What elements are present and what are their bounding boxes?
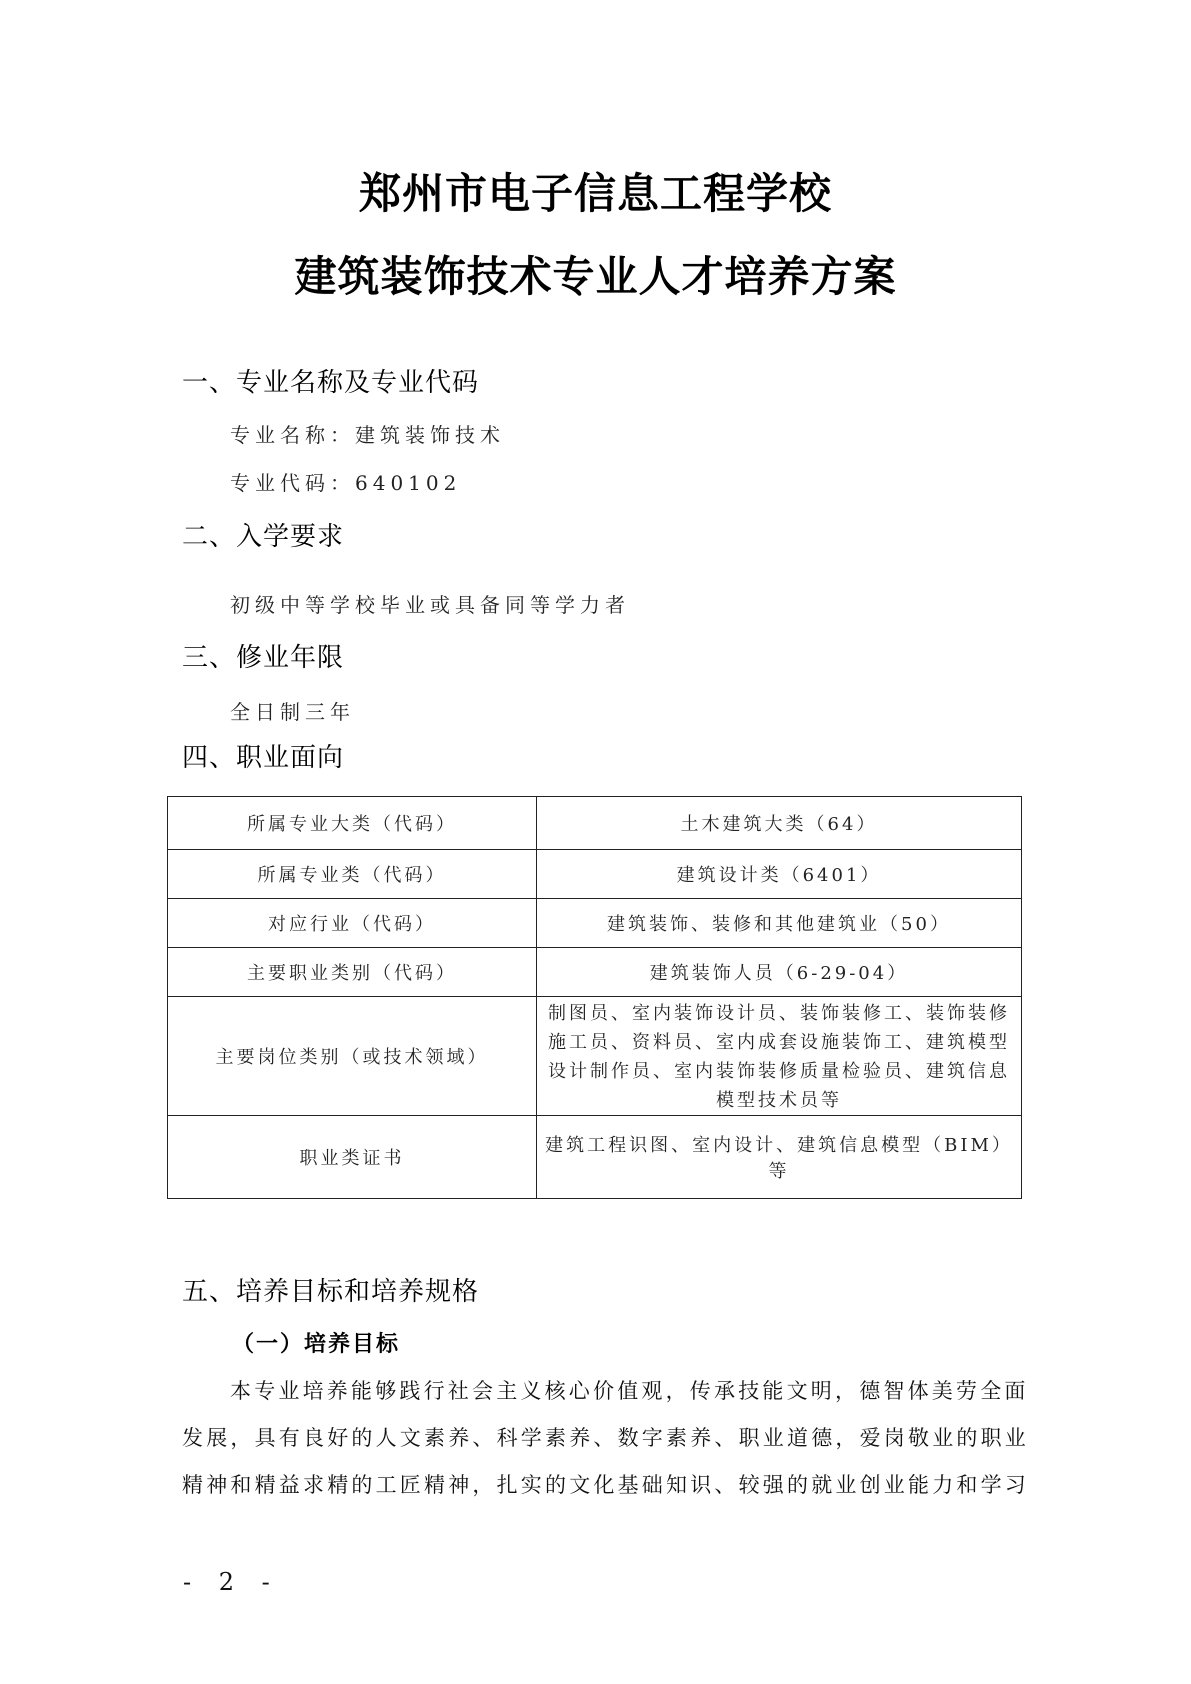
study-duration: 全日制三年	[230, 699, 355, 725]
row-value-line: 设计制作员、室内装饰装修质量检验员、建筑信息	[545, 1057, 1013, 1086]
table-row: 对应行业（代码） 建筑装饰、装修和其他建筑业（50）	[168, 899, 1022, 948]
paragraph-line: 发展，具有良好的人文素养、科学素养、数字素养、职业道德，爱岗敬业的职业	[182, 1415, 1022, 1462]
section-5-heading: 五、培养目标和培养规格	[182, 1276, 479, 1308]
section-1-heading: 一、专业名称及专业代码	[182, 367, 479, 399]
table-row: 主要岗位类别（或技术领域） 制图员、室内装饰设计员、装饰装修工、装饰装修 施工员…	[168, 997, 1022, 1116]
paragraph-line: 精神和精益求精的工匠精神，扎实的文化基础知识、较强的就业创业能力和学习	[182, 1462, 1022, 1509]
section-4-heading: 四、职业面向	[182, 742, 344, 774]
row-key: 所属专业类（代码）	[168, 850, 537, 899]
table-row: 职业类证书 建筑工程识图、室内设计、建筑信息模型（BIM）等	[168, 1116, 1022, 1199]
row-key: 职业类证书	[168, 1116, 537, 1199]
row-key: 所属专业大类（代码）	[168, 797, 537, 850]
subsection-heading: （一）培养目标	[232, 1331, 400, 1359]
row-value-line: 施工员、资料员、室内成套设施装饰工、建筑模型	[545, 1028, 1013, 1057]
row-value: 土木建筑大类（64）	[537, 797, 1022, 850]
occupation-table: 所属专业大类（代码） 土木建筑大类（64） 所属专业类（代码） 建筑设计类（64…	[167, 796, 1022, 1199]
row-key: 主要职业类别（代码）	[168, 948, 537, 997]
table-row: 所属专业类（代码） 建筑设计类（6401）	[168, 850, 1022, 899]
row-value: 建筑装饰人员（6-29-04）	[537, 948, 1022, 997]
admission-requirement: 初级中等学校毕业或具备同等学力者	[230, 592, 630, 618]
major-name: 专业名称：建筑装饰技术	[230, 422, 505, 448]
table-row: 主要职业类别（代码） 建筑装饰人员（6-29-04）	[168, 948, 1022, 997]
section-2-heading: 二、入学要求	[182, 521, 344, 553]
row-value: 建筑装饰、装修和其他建筑业（50）	[537, 899, 1022, 948]
row-value: 制图员、室内装饰设计员、装饰装修工、装饰装修 施工员、资料员、室内成套设施装饰工…	[537, 997, 1022, 1116]
training-goal-paragraph: 本专业培养能够践行社会主义核心价值观，传承技能文明，德智体美劳全面 发展，具有良…	[182, 1368, 1022, 1509]
row-value-line: 制图员、室内装饰设计员、装饰装修工、装饰装修	[545, 999, 1013, 1028]
row-key: 主要岗位类别（或技术领域）	[168, 997, 537, 1116]
major-code: 专业代码：640102	[230, 470, 461, 496]
paragraph-line: 本专业培养能够践行社会主义核心价值观，传承技能文明，德智体美劳全面	[182, 1368, 1022, 1415]
page-number: - 2 -	[183, 1568, 280, 1596]
row-key: 对应行业（代码）	[168, 899, 537, 948]
row-value: 建筑设计类（6401）	[537, 850, 1022, 899]
document-title-line-1: 郑州市电子信息工程学校	[0, 169, 1191, 219]
document-title-line-2: 建筑装饰技术专业人才培养方案	[0, 252, 1191, 302]
table-row: 所属专业大类（代码） 土木建筑大类（64）	[168, 797, 1022, 850]
row-value: 建筑工程识图、室内设计、建筑信息模型（BIM）等	[537, 1116, 1022, 1199]
row-value-line: 模型技术员等	[545, 1086, 1013, 1115]
section-3-heading: 三、修业年限	[182, 642, 344, 674]
